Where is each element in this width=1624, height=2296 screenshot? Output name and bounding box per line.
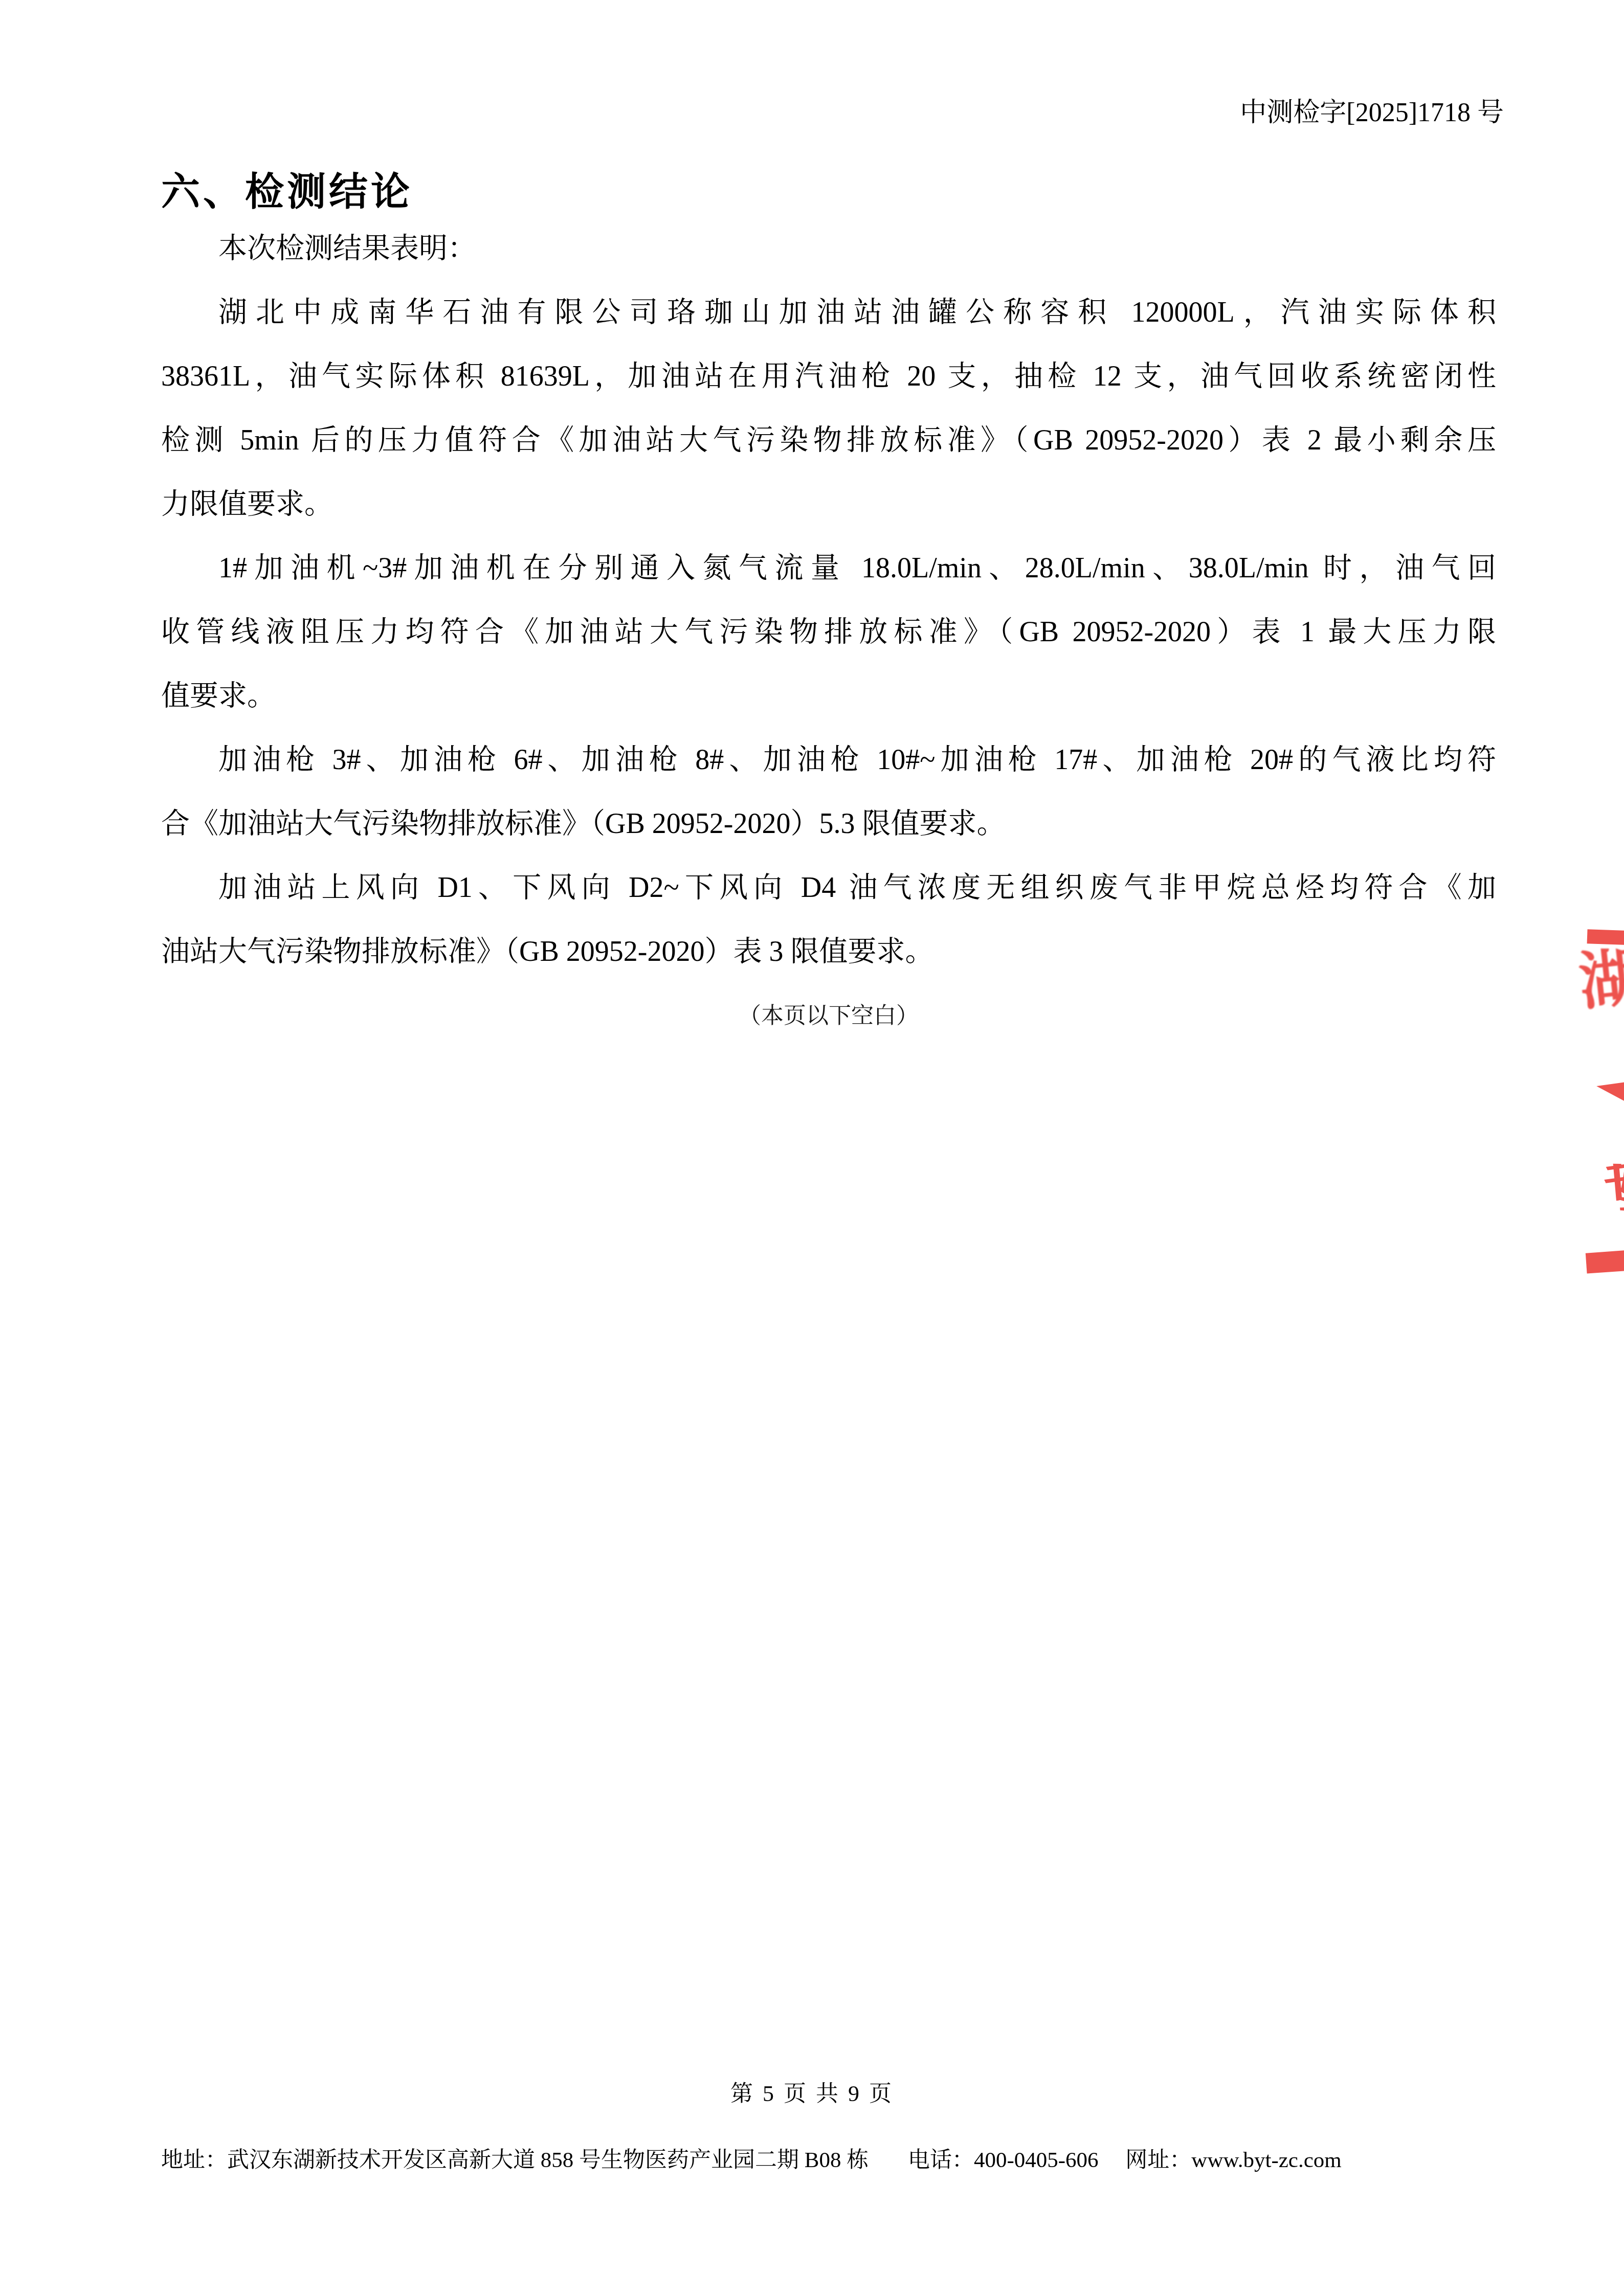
body-line: 油站大气污染物排放标准》（GB 20952-2020）表 3 限值要求。: [161, 920, 1496, 984]
footer-contact-line: 地址：武汉东湖新技术开发区高新大道 858 号生物医药产业园二期 B08 栋 电…: [161, 2143, 1496, 2174]
stamp-border-top: [1587, 929, 1624, 947]
stamp-border-bottom: [1586, 1247, 1624, 1273]
section-title: 六、检测结论: [161, 161, 413, 216]
report-page: 中测检字[2025]1718 号 六、检测结论 本次检测结果表明： 湖北中成南华…: [0, 0, 1624, 2296]
body-line: 检测 5min 后的压力值符合《加油站大气污染物排放标准》（GB 20952-2…: [161, 409, 1496, 472]
body-line: 力限值要求。: [161, 472, 1496, 536]
doc-number: 中测检字[2025]1718 号: [1240, 97, 1504, 129]
footer-address: 地址：武汉东湖新技术开发区高新大道 858 号生物医药产业园二期 B08 栋: [161, 2148, 869, 2172]
page-number: 第 5 页 共 9 页: [0, 2075, 1624, 2108]
body-line: 值要求。: [161, 664, 1496, 728]
stamp-text-fragment: 专: [1600, 1152, 1624, 1220]
body-line: 合《加油站大气污染物排放标准》（GB 20952-2020）5.3 限值要求。: [161, 792, 1496, 856]
stamp-star-icon: ★: [1567, 996, 1624, 1192]
body-line: 本次检测结果表明：: [161, 217, 1496, 281]
report-body: 本次检测结果表明： 湖北中成南华石油有限公司珞珈山加油站油罐公称容积 12000…: [161, 217, 1496, 1048]
body-line: 加油枪 3#、加油枪 6#、加油枪 8#、加油枪 10#~加油枪 17#、加油枪…: [161, 728, 1496, 792]
red-stamp: 湖 ★ 刂 专: [1575, 915, 1624, 1304]
body-line: 1#加油机~3#加油机在分别通入氮气流量 18.0L/min、28.0L/min…: [161, 536, 1496, 600]
body-line: 加油站上风向 D1、下风向 D2~下风向 D4 油气浓度无组织废气非甲烷总烃均符…: [161, 856, 1496, 920]
blank-page-note: （本页以下空白）: [161, 984, 1496, 1048]
footer-phone: 电话：400-0405-606: [908, 2148, 1099, 2172]
body-line: 湖北中成南华石油有限公司珞珈山加油站油罐公称容积 120000L，汽油实际体积: [161, 281, 1496, 345]
body-line: 38361L，油气实际体积 81639L，加油站在用汽油枪 20 支，抽检 12…: [161, 345, 1496, 409]
stamp-text-fragment: 刂: [1581, 1157, 1624, 1223]
footer-website: 网址：www.byt-zc.com: [1125, 2148, 1341, 2172]
body-line: 收管线液阻压力均符合《加油站大气污染物排放标准》（GB 20952-2020）表…: [161, 600, 1496, 664]
stamp-text-fragment: 湖: [1576, 946, 1624, 1015]
